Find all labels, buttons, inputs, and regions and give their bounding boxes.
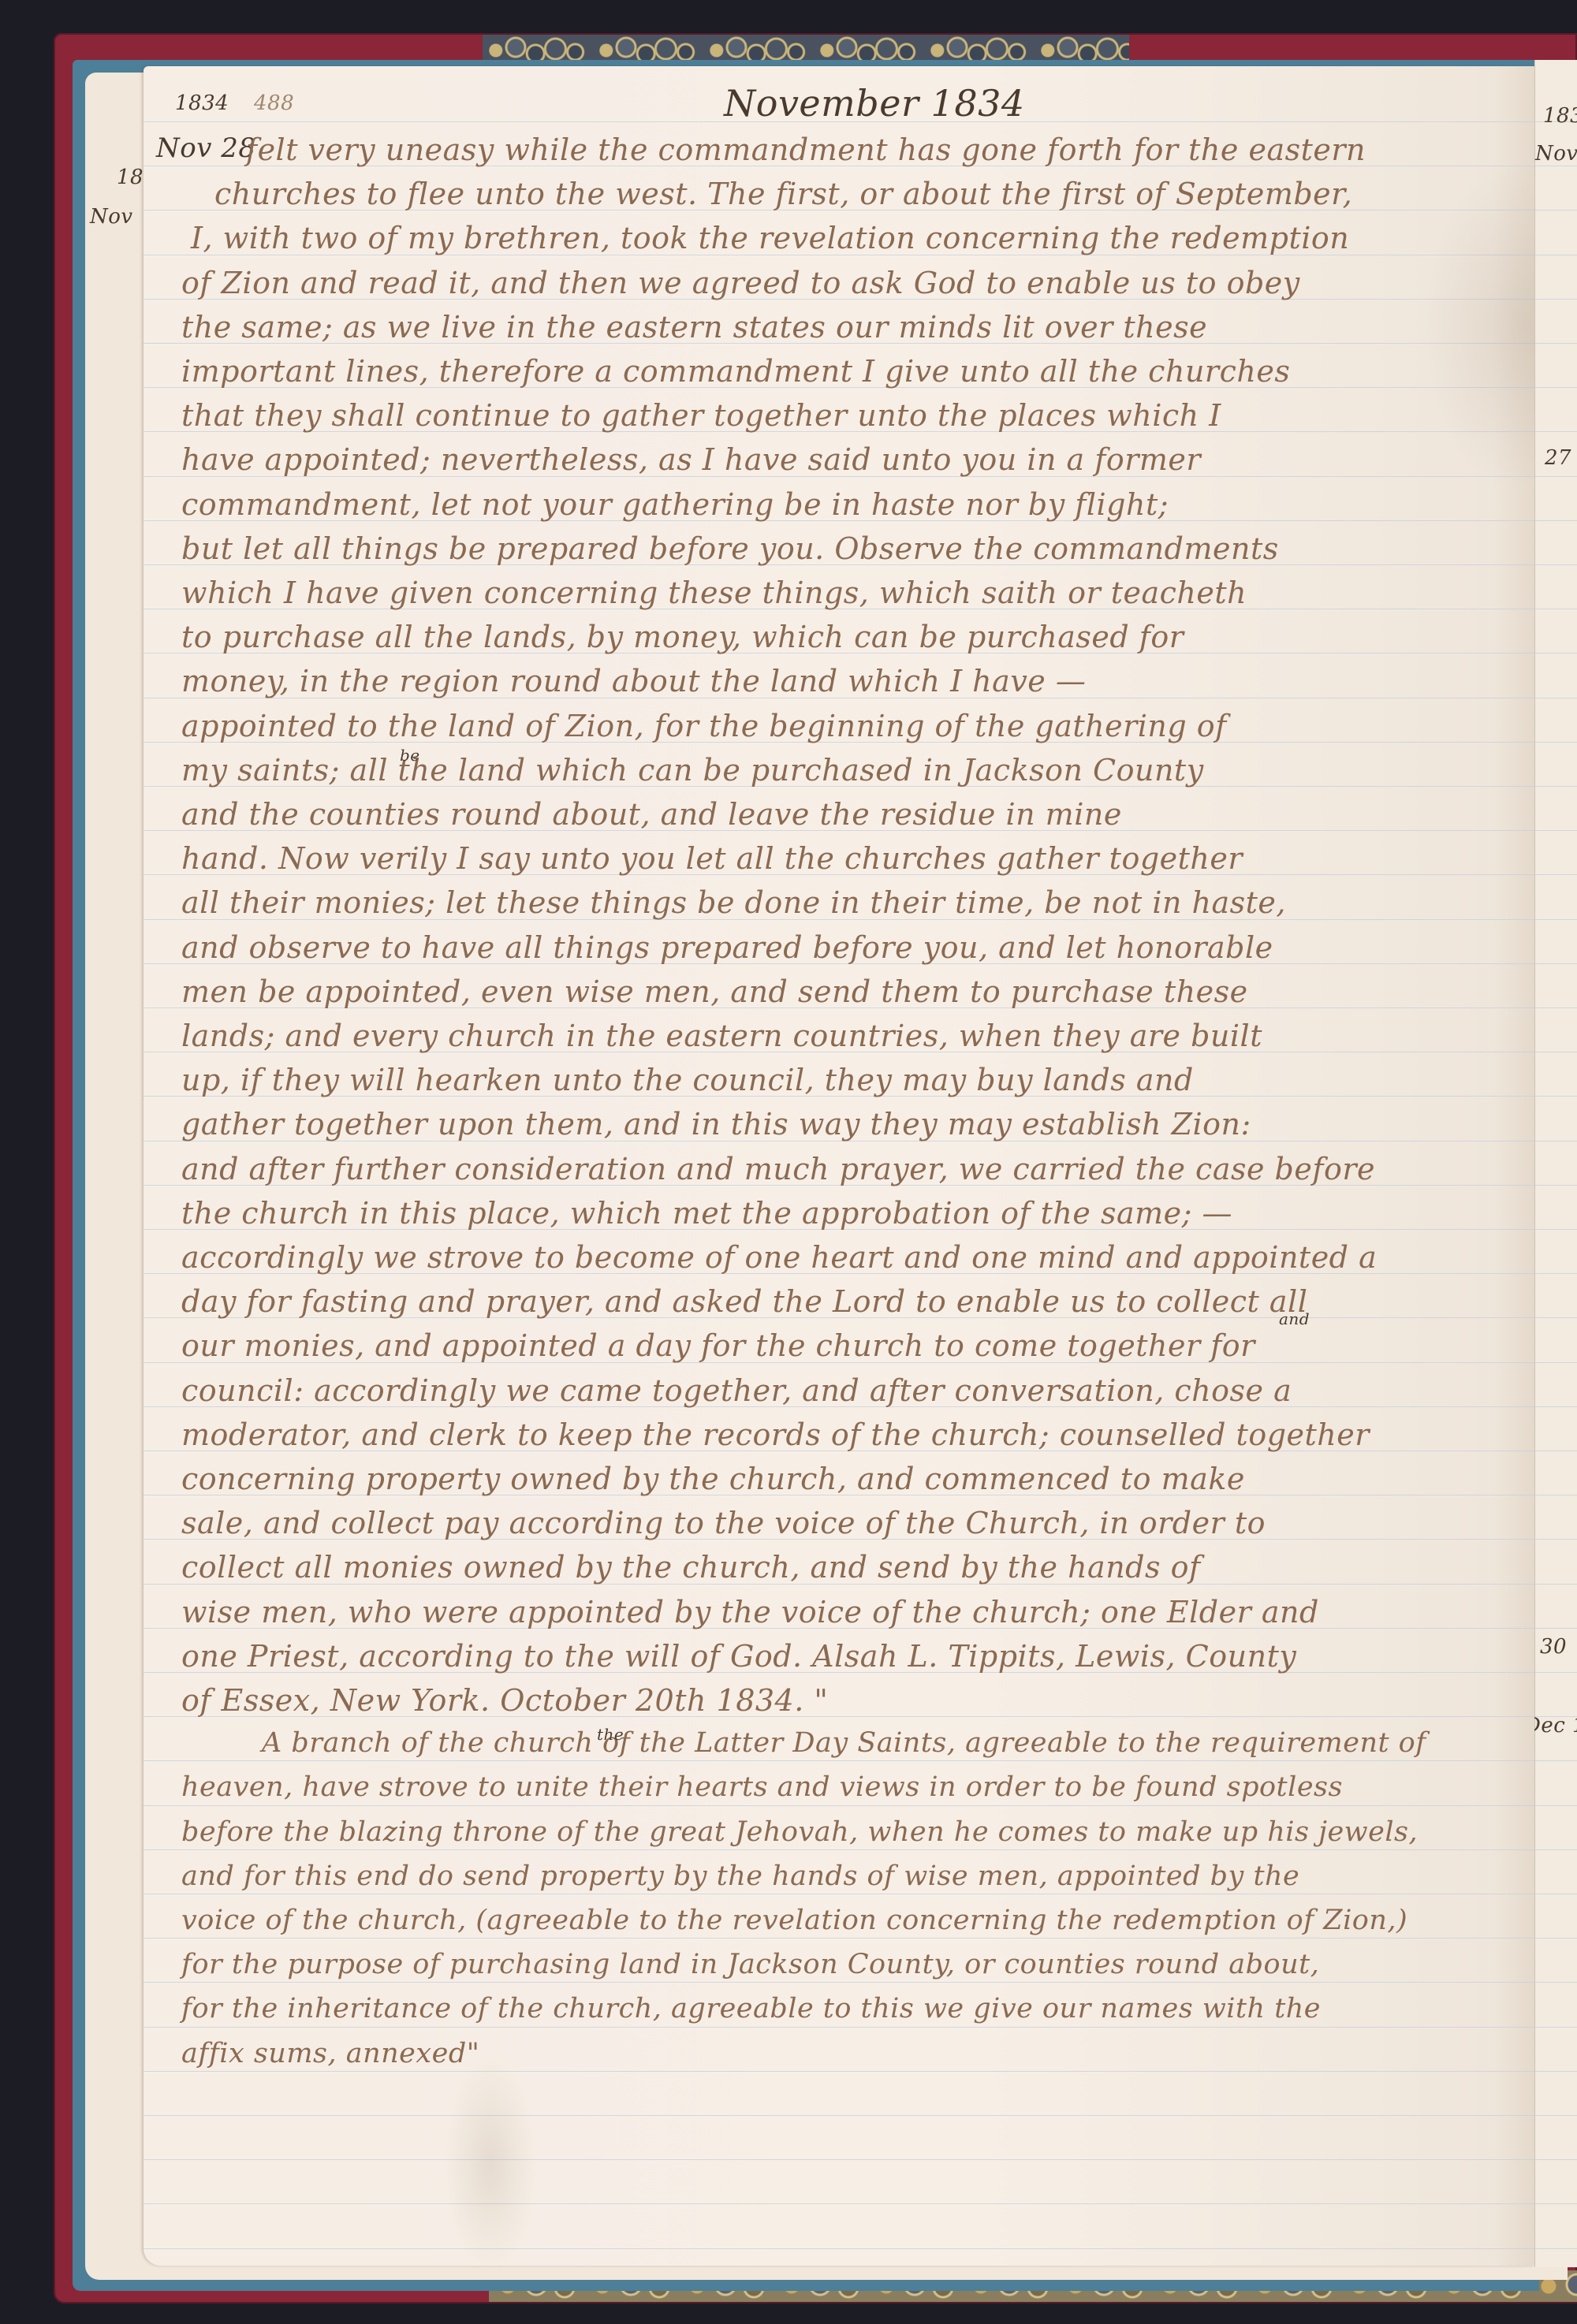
entry-line: sale, and collect pay according to the v… <box>181 1506 1266 1540</box>
entry-line: my saints; all the land which can be pur… <box>181 753 1204 788</box>
right-page-edge: 183 Nov 27 30 Dec 1 <box>1534 60 1577 2267</box>
right-margin-year: 183 <box>1543 104 1577 128</box>
entry-line: important lines, therefore a commandment… <box>181 354 1290 389</box>
interlinear-insertion: the <box>597 1725 624 1744</box>
entry-line: that they shall continue to gather toget… <box>181 398 1221 433</box>
ruled-line <box>144 1849 1534 1850</box>
entry-line: I, with two of my brethren, took the rev… <box>191 221 1349 255</box>
left-margin-month: Nov <box>90 205 133 229</box>
right-margin-mark-30: 30 <box>1540 1635 1567 1659</box>
entry-line: the church in this place, which met the … <box>181 1196 1232 1231</box>
second-entry-line: affix sums, annexed" <box>181 2038 479 2069</box>
entry-date: Nov 28 <box>156 132 256 164</box>
entry-line: the same; as we live in the eastern stat… <box>181 310 1207 345</box>
second-entry-line: heaven, have strove to unite their heart… <box>181 1771 1343 1803</box>
second-entry-line: before the blazing throne of the great J… <box>181 1816 1418 1848</box>
entry-line: accordingly we strove to become of one h… <box>181 1240 1377 1275</box>
entry-line: to purchase all the lands, by money, whi… <box>181 620 1184 654</box>
entry-line: men be appointed, even wise men, and sen… <box>181 974 1248 1009</box>
entry-line: and after further consideration and much… <box>181 1152 1375 1186</box>
right-margin-month: Nov <box>1535 142 1577 166</box>
entry-line: of Essex, New York. October 20th 1834. " <box>181 1683 828 1718</box>
entry-line: up, if they will hearken unto the counci… <box>181 1063 1194 1097</box>
entry-line: wise men, who were appointed by the voic… <box>181 1595 1319 1629</box>
entry-line: but let all things be prepared before yo… <box>181 531 1279 566</box>
ruled-line <box>144 2027 1534 2028</box>
entry-line: council: accordingly we came together, a… <box>181 1373 1292 1408</box>
entry-line: day for fasting and prayer, and asked th… <box>181 1284 1307 1319</box>
entry-line: have appointed; nevertheless, as I have … <box>181 442 1201 477</box>
ruled-line <box>144 2159 1534 2160</box>
page-title: November 1834 <box>724 82 1025 125</box>
entry-line: all their monies; let these things be do… <box>181 885 1286 920</box>
ruled-line <box>144 2115 1534 2116</box>
second-entry-line: A branch of the church of the Latter Day… <box>262 1727 1426 1759</box>
water-stain-bottom <box>443 2053 538 2266</box>
ruled-line <box>144 1938 1534 1939</box>
entry-line: appointed to the land of Zion, for the b… <box>181 709 1227 743</box>
second-entry-line: for the inheritance of the church, agree… <box>181 1993 1321 2024</box>
header-year: 1834 <box>175 91 229 115</box>
right-margin-mark-27: 27 <box>1545 446 1571 470</box>
entry-line: felt very uneasy while the commandment h… <box>246 132 1366 167</box>
entry-line: churches to flee unto the west. The firs… <box>214 177 1352 211</box>
entry-line: lands; and every church in the eastern c… <box>181 1019 1262 1053</box>
entry-line: our monies, and appointed a day for the … <box>181 1328 1255 1363</box>
second-entry-line: for the purpose of purchasing land in Ja… <box>181 1949 1319 1980</box>
ruled-line <box>144 1982 1534 1983</box>
entry-line: one Priest, according to the will of God… <box>181 1639 1296 1674</box>
entry-line: which I have given concerning these thin… <box>181 575 1247 610</box>
second-entry-line: voice of the church, (agreeable to the r… <box>181 1905 1407 1936</box>
entry-line: gather together upon them, and in this w… <box>181 1107 1251 1142</box>
interlinear-insertion: be <box>400 746 420 765</box>
entry-line: money, in the region round about the lan… <box>181 664 1086 698</box>
entry-line: collect all monies owned by the church, … <box>181 1550 1201 1585</box>
entry-line: moderator, and clerk to keep the records… <box>181 1417 1370 1452</box>
ruled-line <box>144 1894 1534 1894</box>
ruled-line <box>144 1760 1534 1761</box>
interlinear-insertion: and <box>1279 1309 1310 1328</box>
entry-line: and observe to have all things prepared … <box>181 930 1273 965</box>
entry-line: commandment, let not your gathering be i… <box>181 487 1169 522</box>
ruled-line <box>144 2248 1534 2249</box>
ruled-line <box>144 2203 1534 2204</box>
ruled-line <box>144 2071 1534 2072</box>
entry-line: concerning property owned by the church,… <box>181 1462 1245 1496</box>
left-margin-year: 18 <box>117 166 144 189</box>
entry-line: hand. Now verily I say unto you let all … <box>181 841 1243 876</box>
entry-line: of Zion and read it, and then we agreed … <box>181 266 1300 300</box>
journal-page: 1834 488 November 1834 Nov 28 felt very … <box>144 66 1534 2266</box>
water-stain <box>1421 161 1534 492</box>
second-entry-line: and for this end do send property by the… <box>181 1860 1299 1892</box>
entry-line: and the counties round about, and leave … <box>181 797 1122 832</box>
ruled-line <box>144 1805 1534 1806</box>
header-page-number: 488 <box>254 91 294 115</box>
